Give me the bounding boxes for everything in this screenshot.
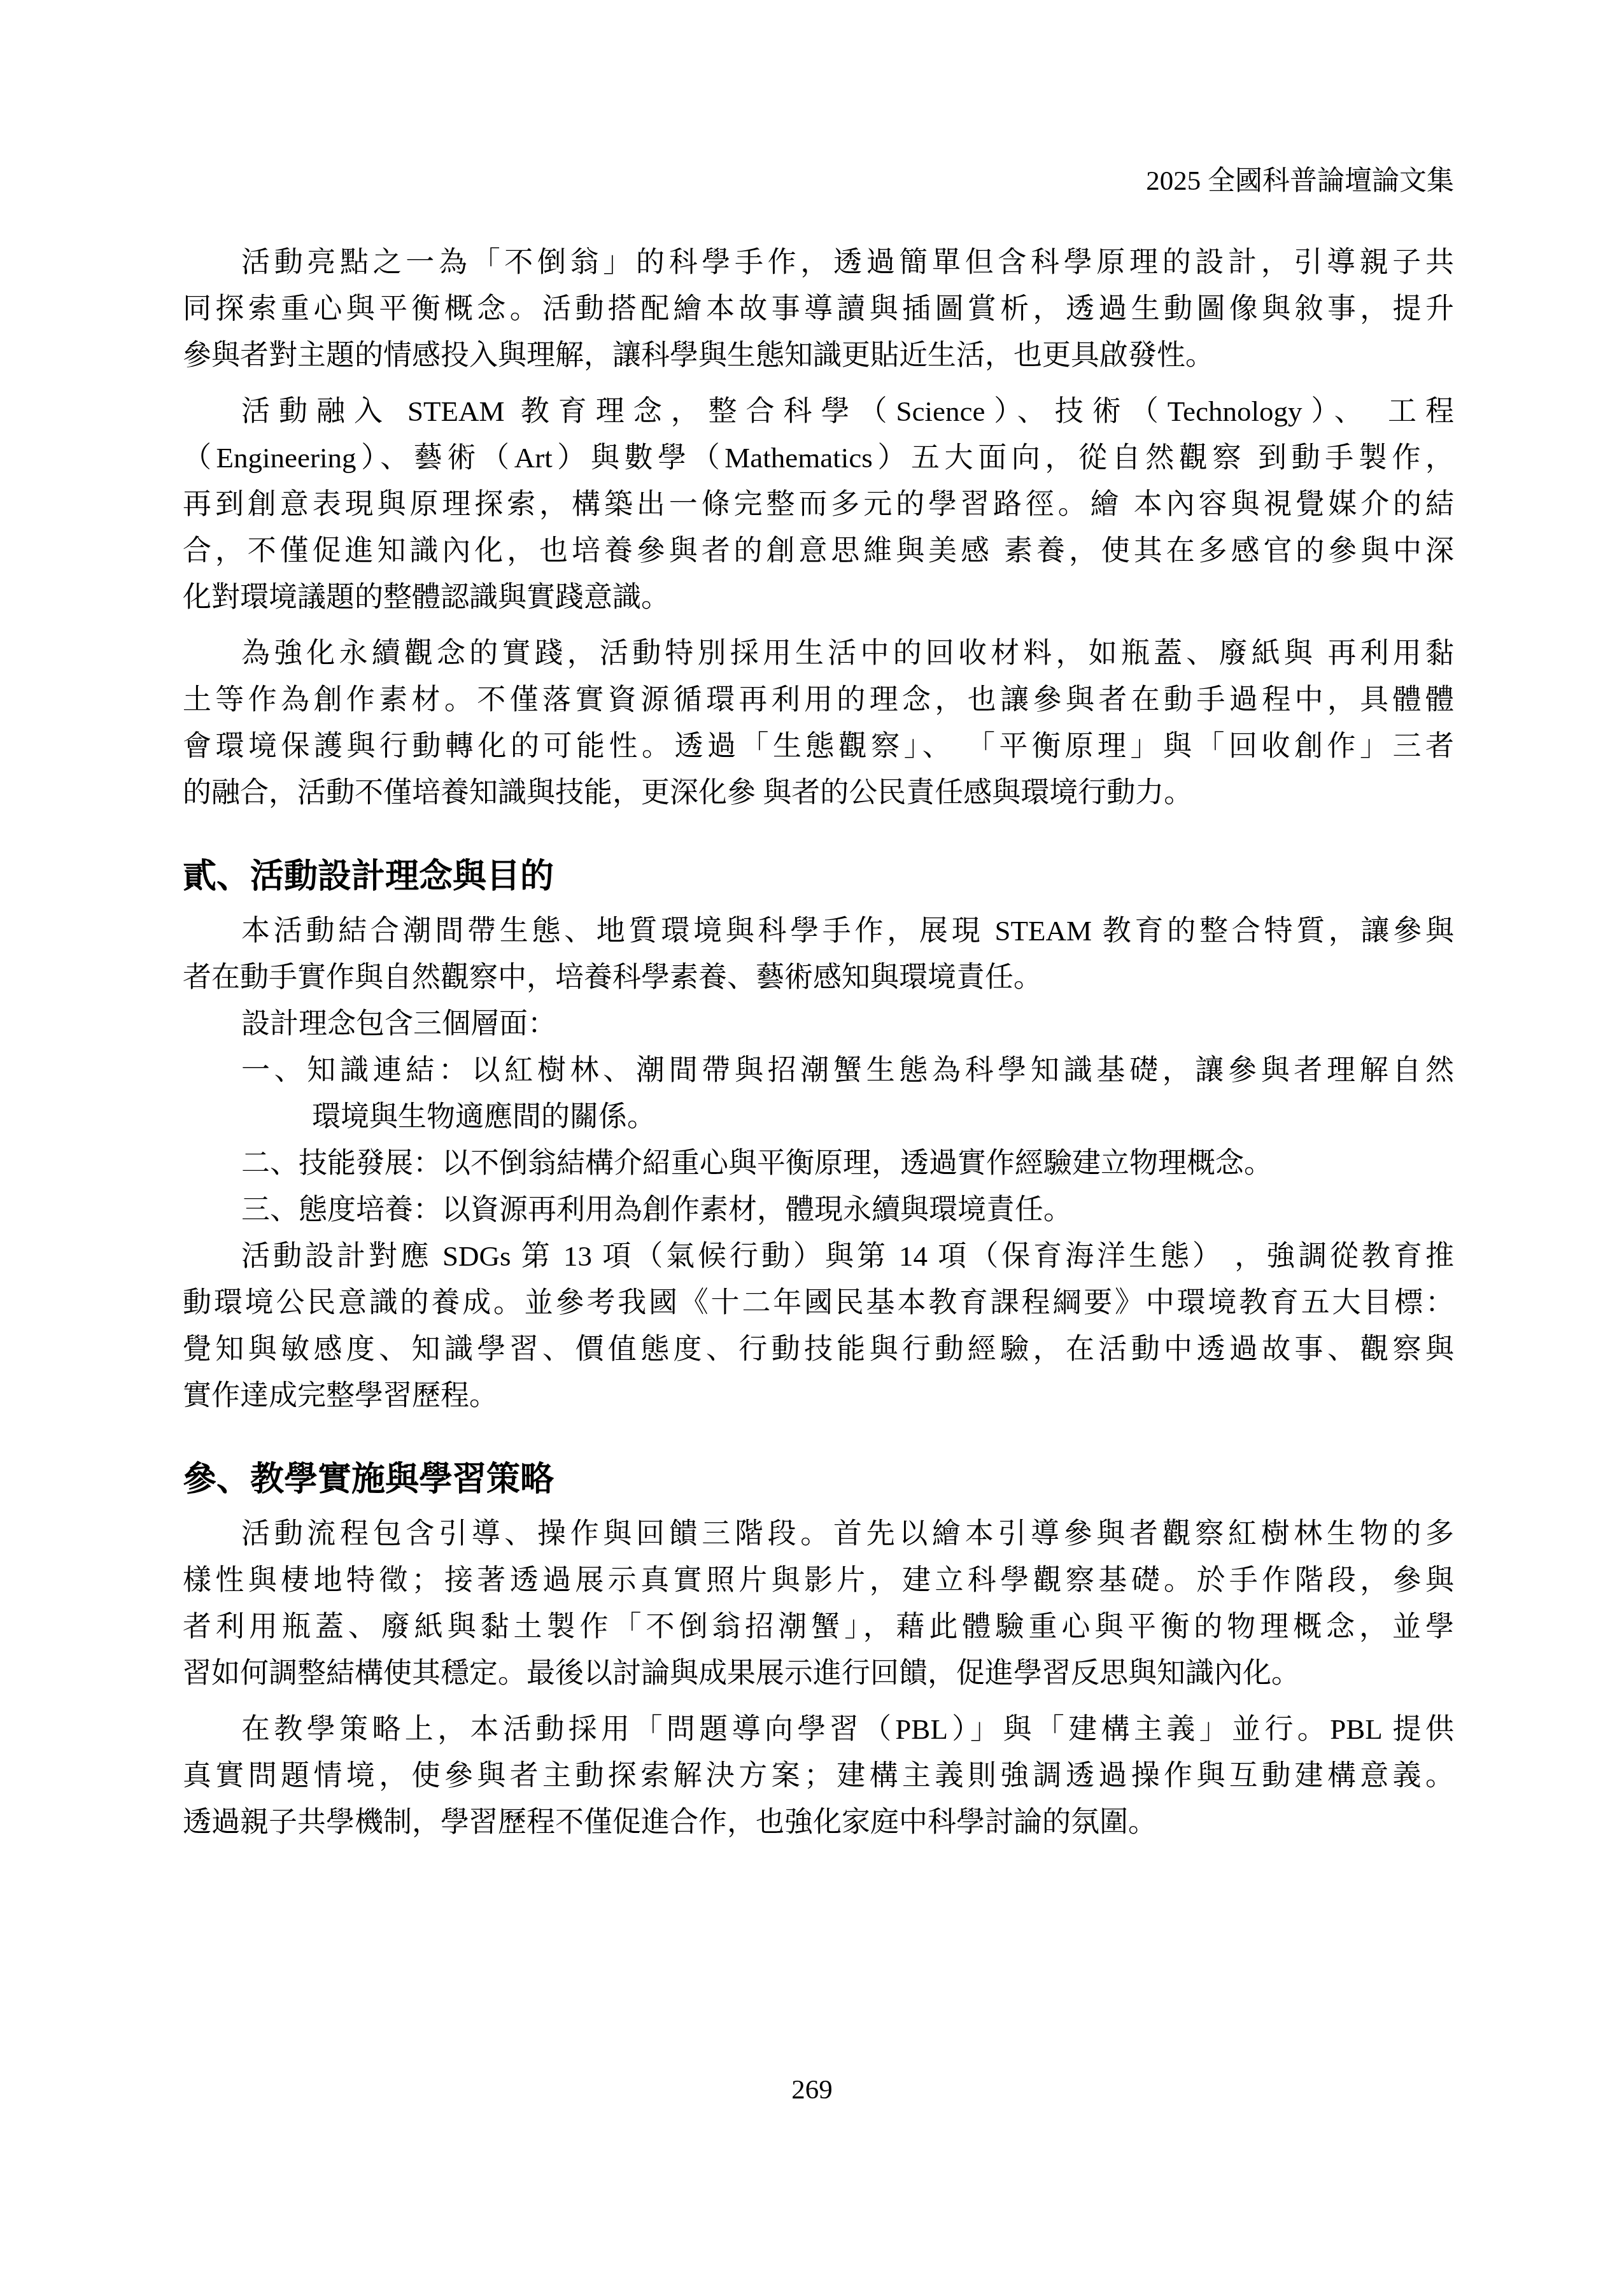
- list-item: 一、知識連結：以紅樹林、潮間帶與招潮蟹生態為科學知識基礎，讓參與者理解自然 環境…: [183, 1047, 1454, 1140]
- header-title: 2025 全國科普論壇論文集: [1146, 166, 1454, 196]
- text-line: 樣性與棲地特徵；接著透過展示真實照片與影片，建立科學觀察基礎。於手作階段，參與: [183, 1557, 1454, 1604]
- section-heading-2: 貳、活動設計理念與目的: [183, 852, 1454, 902]
- list-item: 二、技能發展：以不倒翁結構介紹重心與平衡原理，透過實作經驗建立物理概念。: [183, 1140, 1454, 1187]
- paragraph: 為強化永續觀念的實踐，活動特別採用生活中的回收材料，如瓶蓋、廢紙與 再利用黏 土…: [183, 630, 1454, 816]
- text-line: 覺知與敏感度、知識學習、價值態度、行動技能與行動經驗，在活動中透過故事、觀察與: [183, 1326, 1454, 1373]
- text-line: 合，不僅促進知識內化，也培養參與者的創意思維與美感 素養，使其在多感官的參與中深: [183, 528, 1454, 574]
- text-line: 習如何調整結構使其穩定。最後以討論與成果展示進行回饋，促進學習反思與知識內化。: [183, 1650, 1454, 1697]
- text-line: 活動亮點之一為「不倒翁」的科學手作，透過簡單但含科學原理的設計，引導親子共: [183, 239, 1454, 286]
- text-line: 為強化永續觀念的實踐，活動特別採用生活中的回收材料，如瓶蓋、廢紙與 再利用黏: [183, 630, 1454, 677]
- text-line: 本活動結合潮間帶生態、地質環境與科學手作，展現 STEAM 教育的整合特質，讓參…: [183, 908, 1454, 954]
- paragraph: 活動融入 STEAM 教育理念，整合科學（Science）、技術（Technol…: [183, 388, 1454, 621]
- paragraph: 活動亮點之一為「不倒翁」的科學手作，透過簡單但含科學原理的設計，引導親子共 同探…: [183, 239, 1454, 379]
- text-line: 動環境公民意識的養成。並參考我國《十二年國民基本教育課程綱要》中環境教育五大目標…: [183, 1280, 1454, 1326]
- text-line: 真實問題情境，使參與者主動探索解決方案；建構主義則強調透過操作與互動建構意義。: [183, 1753, 1454, 1799]
- text-line: 三、態度培養：以資源再利用為創作素材，體現永續與環境責任。: [183, 1187, 1454, 1233]
- paragraph: 活動設計對應 SDGs 第 13 項（氣候行動）與第 14 項（保育海洋生態） …: [183, 1233, 1454, 1419]
- document-page: 2025 全國科普論壇論文集 活動亮點之一為「不倒翁」的科學手作，透過簡單但含科…: [0, 0, 1624, 2278]
- paragraph: 在教學策略上，本活動採用「問題導向學習（PBL）」與「建構主義」並行。PBL 提…: [183, 1706, 1454, 1846]
- text-line: 活動流程包含引導、操作與回饋三階段。首先以繪本引導參與者觀察紅樹林生物的多: [183, 1511, 1454, 1557]
- text-line: 設計理念包含三個層面：: [183, 1001, 1454, 1047]
- text-line: 者在動手實作與自然觀察中，培養科學素養、藝術感知與環境責任。: [183, 954, 1454, 1001]
- text-line: 化對環境議題的整體認識與實踐意識。: [183, 574, 1454, 621]
- paragraph: 設計理念包含三個層面：: [183, 1001, 1454, 1047]
- section-heading-3: 參、教學實施與學習策略: [183, 1455, 1454, 1504]
- text-line: 環境與生物適應間的關係。: [183, 1094, 1454, 1140]
- text-line: 參與者對主題的情感投入與理解，讓科學與生態知識更貼近生活，也更具啟發性。: [183, 332, 1454, 379]
- document-body: 活動亮點之一為「不倒翁」的科學手作，透過簡單但含科學原理的設計，引導親子共 同探…: [183, 239, 1454, 1846]
- page-number: 269: [791, 2075, 833, 2105]
- text-line: 二、技能發展：以不倒翁結構介紹重心與平衡原理，透過實作經驗建立物理概念。: [183, 1140, 1454, 1187]
- text-line: 會環境保護與行動轉化的可能性。透過「生態觀察」、 「平衡原理」與「回收創作」三者: [183, 723, 1454, 770]
- text-line: 透過親子共學機制，學習歷程不僅促進合作，也強化家庭中科學討論的氛圍。: [183, 1799, 1454, 1846]
- paragraph: 本活動結合潮間帶生態、地質環境與科學手作，展現 STEAM 教育的整合特質，讓參…: [183, 908, 1454, 1001]
- text-line: 同探索重心與平衡概念。活動搭配繪本故事導讀與插圖賞析，透過生動圖像與敘事，提升: [183, 286, 1454, 332]
- page-header: 2025 全國科普論壇論文集: [183, 166, 1454, 197]
- text-line: 再到創意表現與原理探索，構築出一條完整而多元的學習路徑。繪 本內容與視覺媒介的結: [183, 481, 1454, 528]
- text-line: 在教學策略上，本活動採用「問題導向學習（PBL）」與「建構主義」並行。PBL 提…: [183, 1706, 1454, 1753]
- text-line: 一、知識連結：以紅樹林、潮間帶與招潮蟹生態為科學知識基礎，讓參與者理解自然: [183, 1047, 1454, 1094]
- text-line: 土等作為創作素材。不僅落實資源循環再利用的理念，也讓參與者在動手過程中，具體體: [183, 677, 1454, 723]
- paragraph: 活動流程包含引導、操作與回饋三階段。首先以繪本引導參與者觀察紅樹林生物的多 樣性…: [183, 1511, 1454, 1697]
- page-footer: 269: [0, 2074, 1624, 2106]
- text-line: 活動設計對應 SDGs 第 13 項（氣候行動）與第 14 項（保育海洋生態） …: [183, 1233, 1454, 1280]
- text-line: 活動融入 STEAM 教育理念，整合科學（Science）、技術（Technol…: [183, 388, 1454, 435]
- list-item: 三、態度培養：以資源再利用為創作素材，體現永續與環境責任。: [183, 1187, 1454, 1233]
- text-line: 的融合，活動不僅培養知識與技能，更深化參 與者的公民責任感與環境行動力。: [183, 770, 1454, 816]
- text-line: （Engineering）、藝術（Art）與數學（Mathematics）五大面…: [183, 435, 1454, 481]
- text-line: 者利用瓶蓋、廢紙與黏土製作「不倒翁招潮蟹」，藉此體驗重心與平衡的物理概念，並學: [183, 1604, 1454, 1650]
- text-line: 實作達成完整學習歷程。: [183, 1373, 1454, 1419]
